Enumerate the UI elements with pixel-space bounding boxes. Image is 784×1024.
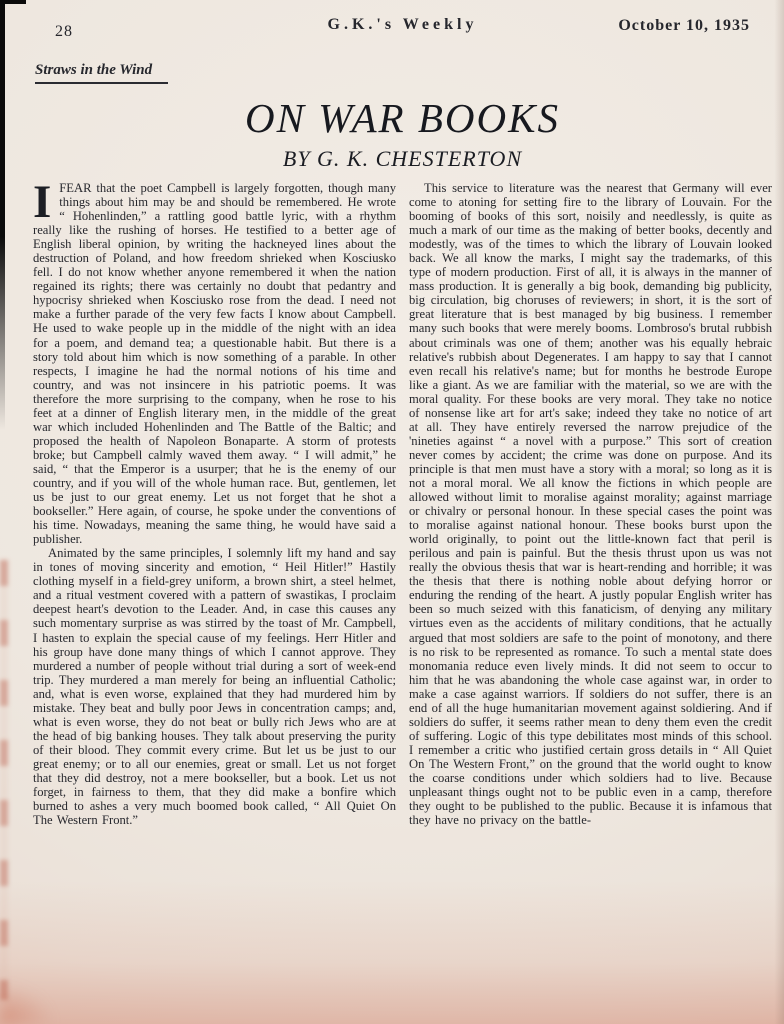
page-content: 28 G.K.'s Weekly October 10, 1935 Straws… <box>0 0 784 827</box>
paragraph-first-text: FEAR that the poet Campbell is largely f… <box>33 181 396 546</box>
paragraph-third: This service to literature was the neare… <box>409 181 772 827</box>
right-column: This service to literature was the neare… <box>409 181 772 827</box>
section-label: Straws in the Wind <box>35 62 168 84</box>
article-byline: BY G. K. CHESTERTON <box>33 146 772 172</box>
left-column: IFEAR that the poet Campbell is largely … <box>33 181 396 827</box>
issue-date: October 10, 1935 <box>618 17 750 35</box>
article-body: IFEAR that the poet Campbell is largely … <box>33 181 772 827</box>
paragraph-second: Animated by the same principles, I solem… <box>33 546 396 827</box>
scanned-page: 28 G.K.'s Weekly October 10, 1935 Straws… <box>0 0 784 1024</box>
running-head: 28 G.K.'s Weekly October 10, 1935 <box>33 14 772 54</box>
drop-cap: I <box>33 181 59 221</box>
page-corner-tint <box>0 964 90 1024</box>
article-title: ON WAR BOOKS <box>33 94 772 142</box>
paragraph-first: IFEAR that the poet Campbell is largely … <box>33 181 396 546</box>
